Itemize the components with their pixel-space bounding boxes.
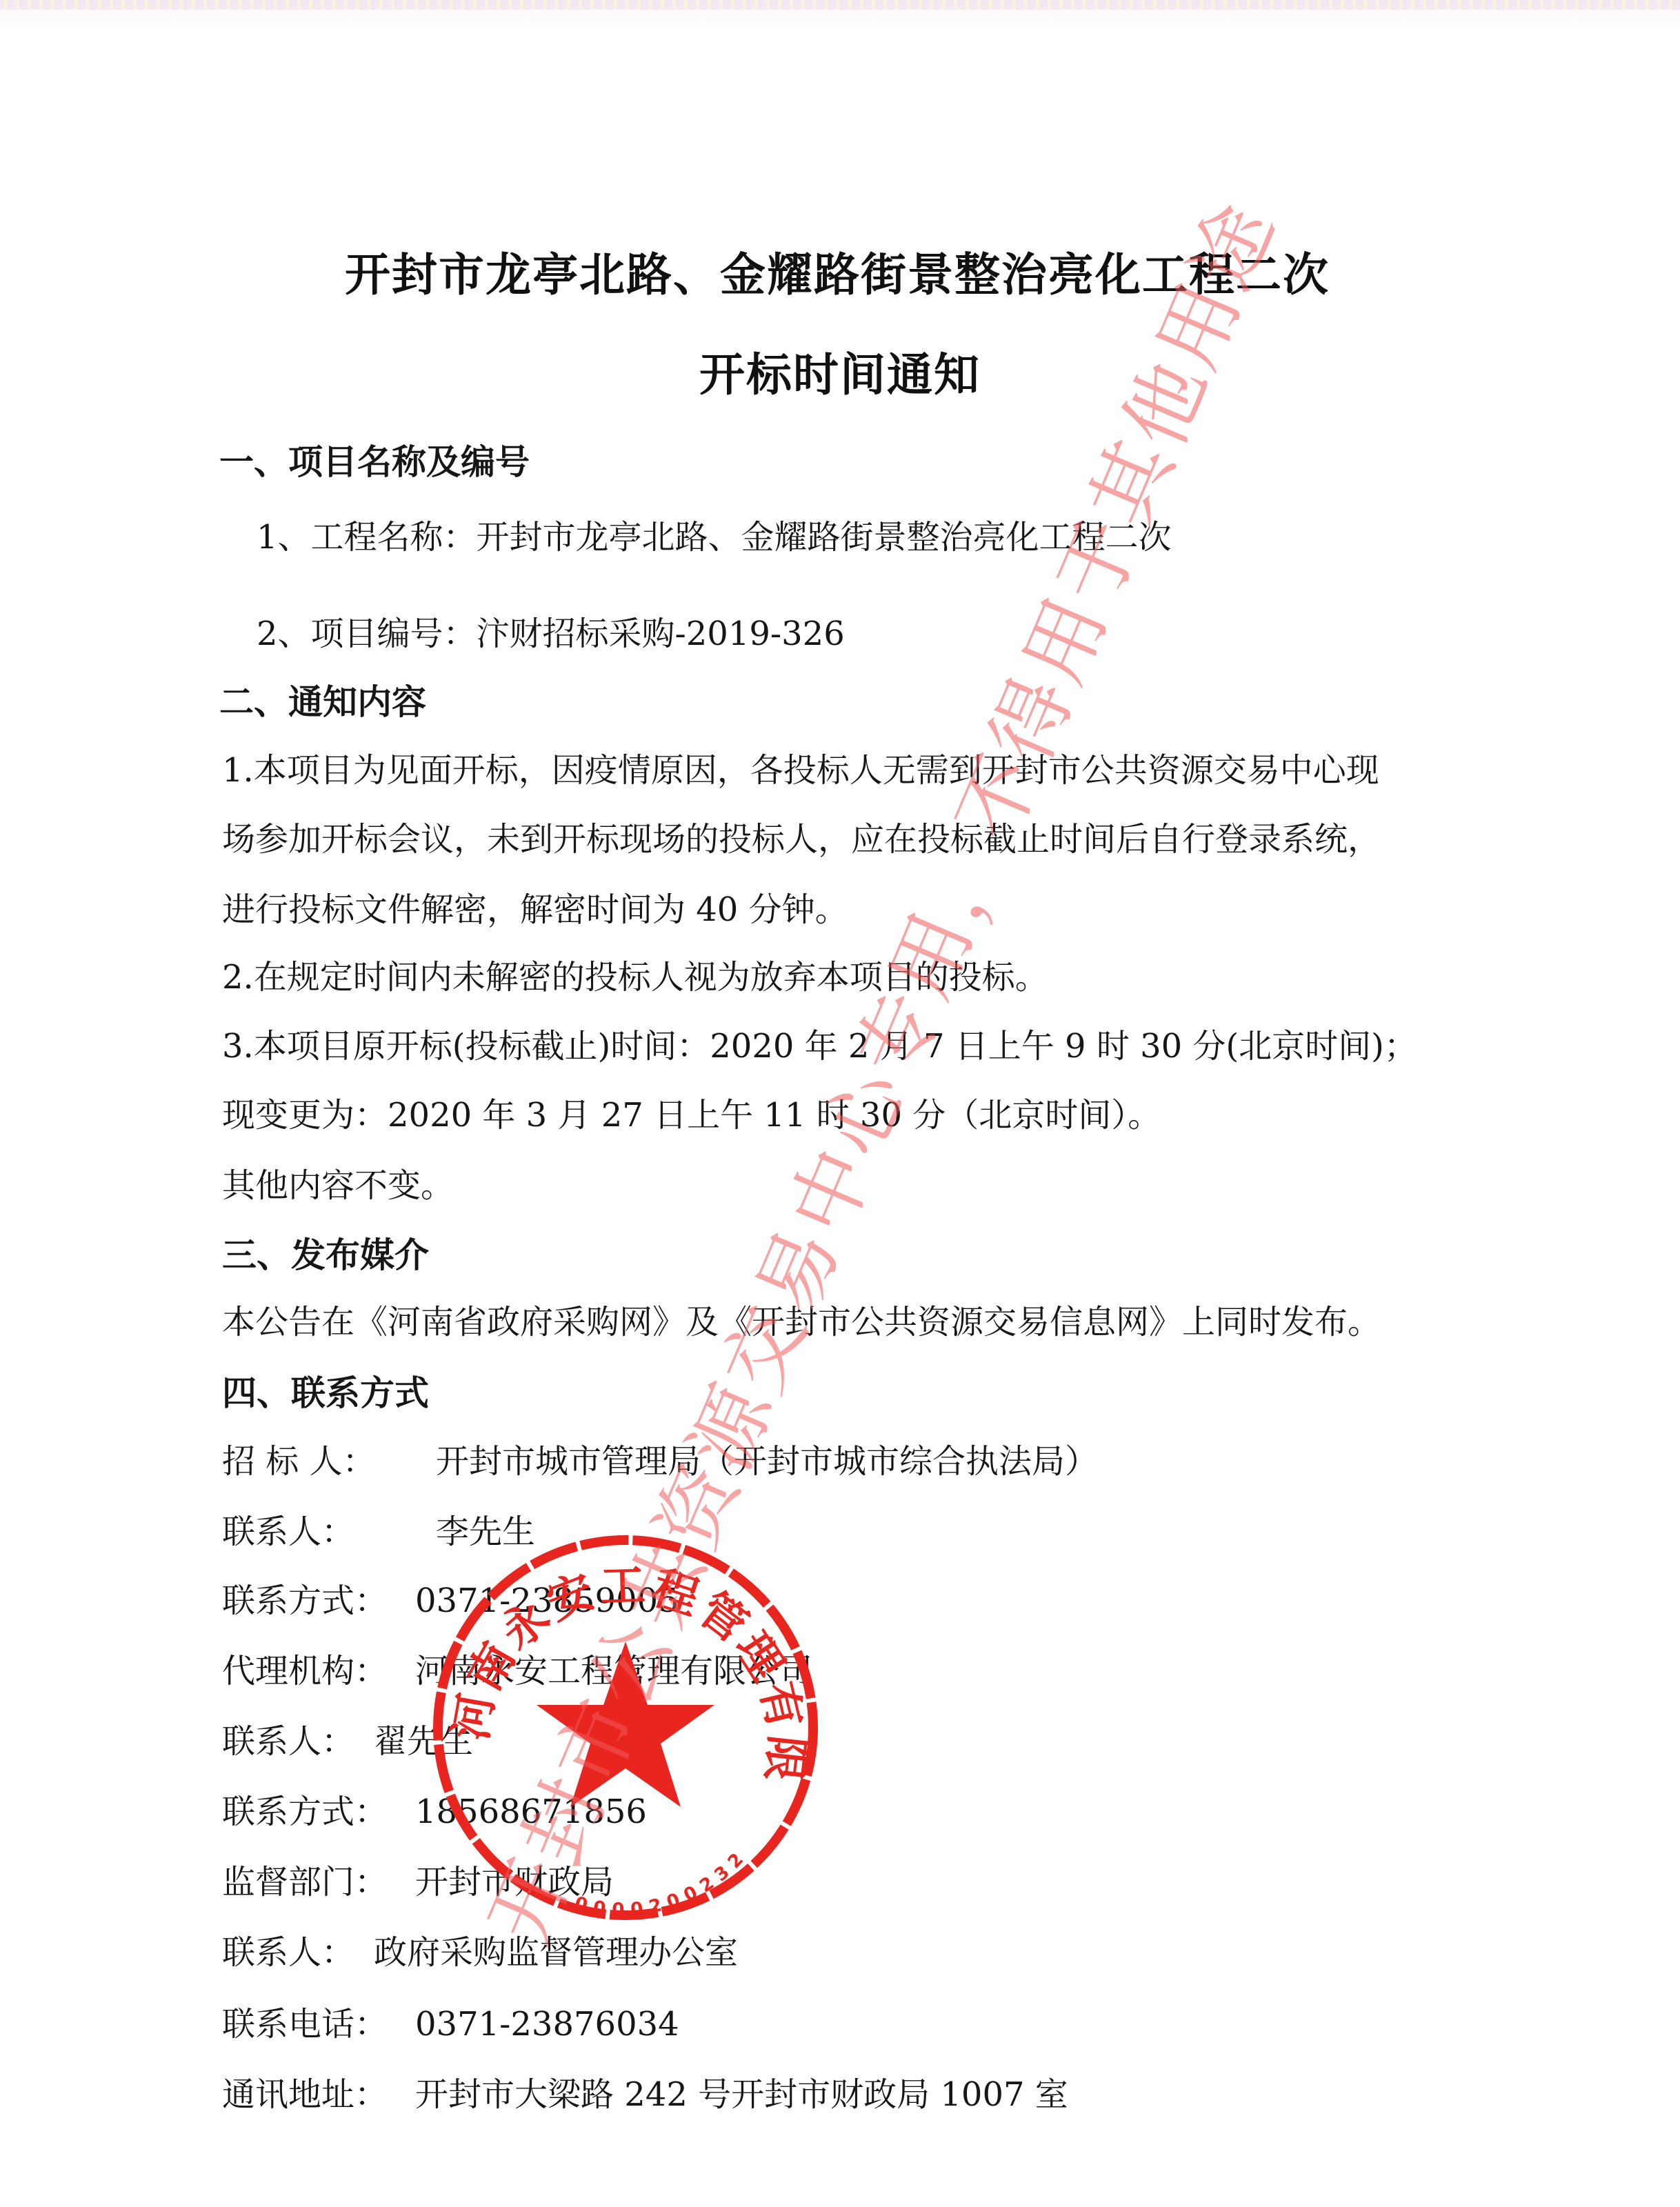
document-title-line2: 开标时间通知 <box>0 338 1680 403</box>
project-number-value: 汴财招标采购-2019-326 <box>477 607 845 655</box>
section-heading-contact: 四、联系方式 <box>222 1366 429 1415</box>
contact-value: 18568671856 <box>415 1792 647 1831</box>
section-heading-media: 三、发布媒介 <box>222 1228 429 1277</box>
contact-row-tenderer-person: 联系人：李先生 <box>222 1505 535 1552</box>
contact-label: 联系人： <box>222 1505 436 1552</box>
notice-line-new-time: 现变更为：2020 年 3 月 27 日上午 11 时 30 分（北京时间）。 <box>222 1088 1161 1136</box>
contact-row-address: 通讯地址：开封市大梁路 242 号开封市财政局 1007 室 <box>222 2068 1068 2115</box>
project-name-label: 1、工程名称： <box>257 510 477 558</box>
contact-row-agency-phone: 联系方式：18568671856 <box>222 1785 647 1832</box>
contact-value: 开封市城市管理局（开封市城市综合执法局） <box>436 1435 1098 1482</box>
contact-value: 李先生 <box>436 1505 535 1552</box>
contact-label: 联系方式： <box>222 1574 415 1621</box>
contact-row-agency-person: 联系人：翟先生 <box>222 1715 473 1762</box>
contact-value: 开封市大梁路 242 号开封市财政局 1007 室 <box>415 2068 1068 2115</box>
contact-label: 代理机构： <box>222 1644 415 1692</box>
contact-row-supervisor-person: 联系人：政府采购监督管理办公室 <box>222 1926 738 1973</box>
notice-line: 1.本项目为见面开标，因疫情原因，各投标人无需到开封市公共资源交易中心现 <box>222 743 1379 791</box>
section-heading-notice: 二、通知内容 <box>219 675 426 724</box>
project-name-value: 开封市龙亭北路、金耀路街景整治亮化工程二次 <box>477 510 1172 558</box>
contact-value: 河南永安工程管理有限公司 <box>415 1644 812 1692</box>
scan-edge <box>0 0 1680 10</box>
contact-value: 开封市财政局 <box>415 1855 614 1903</box>
contact-row-supervisor: 监督部门：开封市财政局 <box>222 1855 614 1903</box>
project-number-row: 2、项目编号：汴财招标采购-2019-326 <box>257 607 845 655</box>
contact-value: 0371-23859005 <box>415 1581 679 1620</box>
contact-value: 翟先生 <box>374 1715 473 1762</box>
contact-label: 招 标 人： <box>222 1435 436 1482</box>
notice-line: 进行投标文件解密，解密时间为 40 分钟。 <box>222 883 848 930</box>
contact-label: 联系电话： <box>222 1997 415 2045</box>
contact-row-tenderer: 招 标 人：开封市城市管理局（开封市城市综合执法局） <box>222 1435 1098 1482</box>
project-number-label: 2、项目编号： <box>257 607 477 655</box>
contact-row-agency: 代理机构：河南永安工程管理有限公司 <box>222 1644 812 1692</box>
project-name-row: 1、工程名称：开封市龙亭北路、金耀路街景整治亮化工程二次 <box>257 510 1172 558</box>
document-page: 开封市龙亭北路、金耀路街景整治亮化工程二次 开标时间通知 一、项目名称及编号 1… <box>0 0 1680 2207</box>
contact-value: 0371-23876034 <box>415 2005 679 2044</box>
contact-row-tenderer-phone: 联系方式：0371-23859005 <box>222 1574 679 1621</box>
media-text: 本公告在《河南省政府采购网》及《开封市公共资源交易信息网》上同时发布。 <box>222 1295 1381 1343</box>
contact-label: 联系人： <box>222 1926 374 1973</box>
notice-line: 2.在规定时间内未解密的投标人视为放弃本项目的投标。 <box>222 950 1048 998</box>
contact-label: 联系方式： <box>222 1785 415 1832</box>
notice-line: 其他内容不变。 <box>222 1159 454 1206</box>
contact-label: 联系人： <box>222 1715 374 1762</box>
notice-line: 场参加开标会议，未到开标现场的投标人，应在投标截止时间后自行登录系统， <box>222 812 1381 860</box>
contact-label: 监督部门： <box>222 1855 415 1903</box>
notice-line-original-time: 3.本项目原开标(投标截止)时间：2020 年 2 月 7 日上午 9 时 30… <box>222 1019 1417 1067</box>
contact-value: 政府采购监督管理办公室 <box>374 1926 738 1973</box>
section-heading-project: 一、项目名称及编号 <box>219 435 530 484</box>
contact-row-supervisor-phone: 联系电话：0371-23876034 <box>222 1997 679 2045</box>
document-title-line1: 开封市龙亭北路、金耀路街景整治亮化工程二次 <box>41 238 1680 303</box>
contact-label: 通讯地址： <box>222 2068 415 2115</box>
